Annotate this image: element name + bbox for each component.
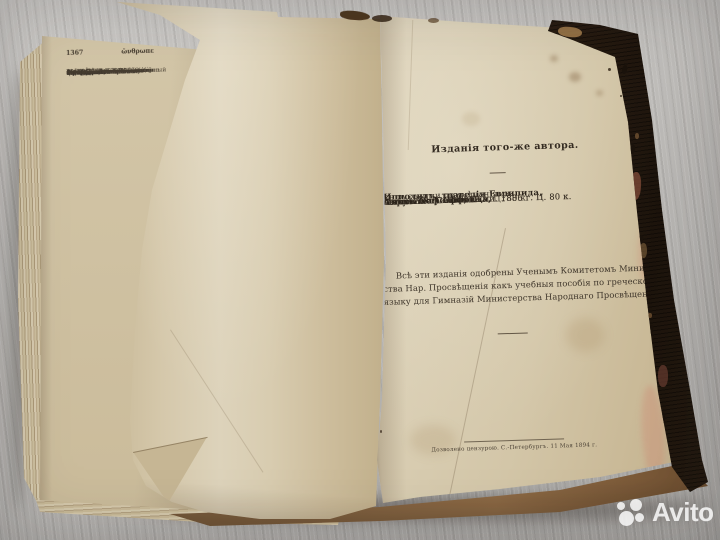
censor-note: Дозволено цензурою. С.-Петербургъ. 11 Ма… — [424, 437, 604, 454]
edition-list: Ипполитъ, трагедія Еврипида, съ русскими… — [383, 184, 640, 197]
foxing-spot — [569, 72, 581, 82]
section-divider — [498, 332, 528, 334]
spine-rust-patch — [658, 365, 668, 387]
logo-dot — [630, 499, 642, 511]
avito-watermark: Avito — [608, 490, 720, 536]
page-number: 1367 — [66, 50, 83, 58]
leather-crumb — [621, 65, 627, 75]
ink-speck — [620, 95, 622, 97]
left-page-running-head: 1367 ὤνθρωπε — [66, 46, 216, 58]
right-page-text: Изданія того-же автора. Ипполитъ, трагед… — [365, 136, 656, 485]
torn-top-edge — [372, 15, 392, 22]
watermark-text: Avito — [652, 494, 714, 530]
approval-paragraph: Всѣ эти изданія одобрены Ученымъ Комитет… — [383, 262, 646, 309]
edition-line: Ипполитъ, трагедія Еврипида, съ русскими… — [383, 184, 640, 192]
title-divider — [490, 172, 506, 174]
ink-speck — [608, 68, 611, 71]
logo-dot — [617, 502, 625, 510]
torn-top-edge — [428, 18, 439, 23]
foxing-spot — [550, 55, 558, 62]
censor-rule — [464, 438, 564, 442]
logo-dot — [619, 511, 634, 526]
avito-logo-icon — [614, 499, 652, 529]
foxing-spot — [596, 90, 603, 96]
header-word: ὤνθρωπε — [121, 48, 154, 57]
logo-dot — [635, 513, 644, 522]
censor-text: Дозволено цензурою. С.-Петербургъ. 11 Ма… — [424, 442, 604, 454]
foxing-spot — [462, 112, 480, 126]
spine-fleck — [635, 133, 639, 139]
photo-of-open-antique-book: 1367 ὤνθρωπε купленный; ὤνημα; ὠνητὴ καч… — [0, 0, 720, 540]
